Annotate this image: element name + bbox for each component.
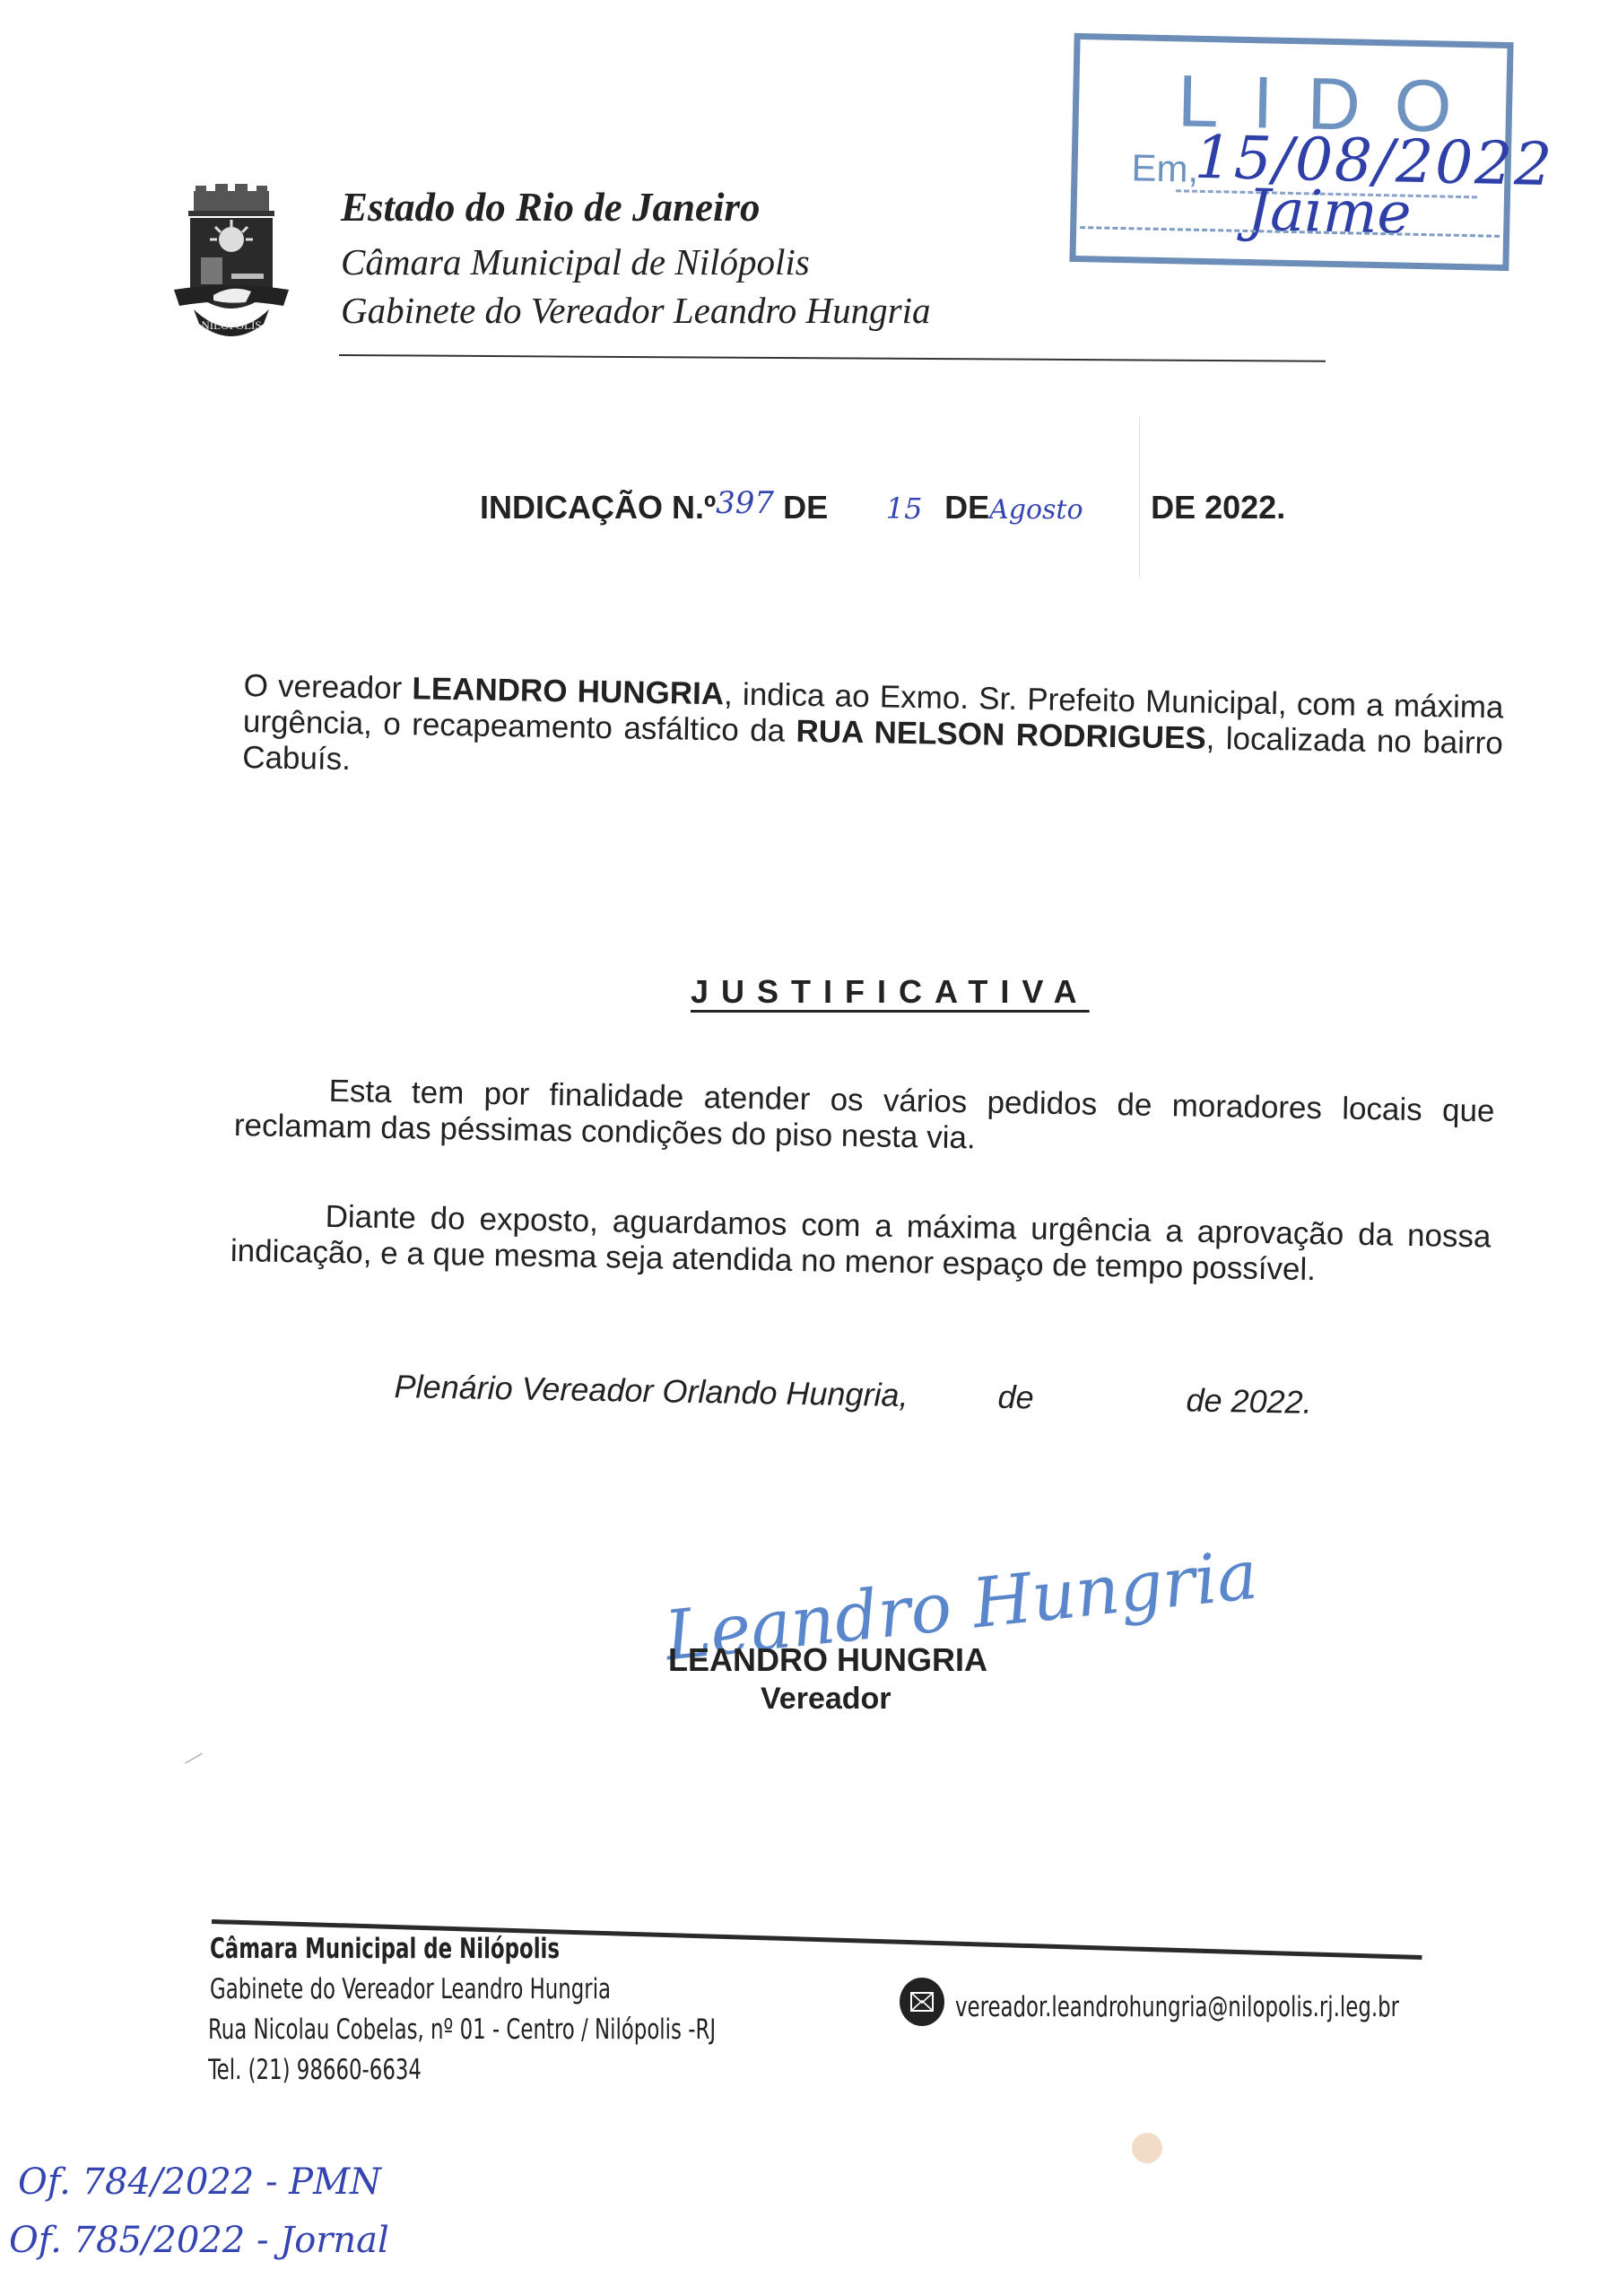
letterhead-chamber: Câmara Municipal de Nilópolis (341, 240, 810, 283)
title-year: DE 2022. (1151, 489, 1285, 526)
indication-paragraph: O vereador LEANDRO HUNGRIA, indica ao Ex… (242, 668, 1504, 798)
footer-phone: Tel. (21) 98660-6634 (208, 2054, 422, 2086)
p1-intro: O vereador (243, 668, 412, 706)
signatory-name: LEANDRO HUNGRIA (668, 1641, 987, 1679)
place-and-date: Plenário Vereador Orlando Hungria,dede 2… (394, 1368, 1312, 1422)
date-year: de 2022. (1186, 1381, 1312, 1421)
stamp-initials: Jaime (1247, 178, 1412, 248)
handwritten-note-1: Of. 784/2022 - PMN (18, 2161, 381, 2203)
scan-mark (185, 1753, 203, 1764)
indication-number: 397 (716, 485, 774, 521)
envelope-icon (900, 1978, 944, 2026)
handwritten-note-2: Of. 785/2022 - Jornal (9, 2220, 389, 2261)
document-title: INDICAÇÃO N.º397 DE15DEAgostoDE 2022. (480, 489, 1285, 526)
paper-stain (1132, 2133, 1162, 2163)
street-name: RUA NELSON RODRIGUES (796, 714, 1206, 756)
stamp-date-prefix: Em, (1131, 146, 1199, 191)
footer-chamber: Câmara Municipal de Nilópolis (210, 1933, 560, 1965)
councilman-name: LEANDRO HUNGRIA (412, 671, 724, 711)
indication-month: Agosto (989, 494, 1124, 526)
footer-address: Rua Nicolau Cobelas, nº 01 - Centro / Ni… (208, 2013, 716, 2046)
indication-day: 15 (864, 491, 944, 526)
title-prefix: INDICAÇÃO N.º (480, 489, 716, 526)
municipal-crest-icon: NILÓPOLIS (169, 184, 294, 341)
justification-paragraph-1: Esta tem por finalidade atender os vário… (234, 1072, 1495, 1166)
letterhead-divider (339, 354, 1326, 362)
footer-email[interactable]: vereador.leandrohungria@nilopolis.rj.leg… (955, 1991, 1399, 2023)
justification-heading: JUSTIFICATIVA (691, 973, 1090, 1011)
signatory-role: Vereador (761, 1682, 891, 1717)
plenary-name: Plenário Vereador Orlando Hungria, (394, 1368, 909, 1413)
date-de-1: de (997, 1378, 1034, 1417)
letterhead-state: Estado do Rio de Janeiro (341, 184, 761, 230)
svg-text:NILÓPOLIS: NILÓPOLIS (201, 318, 261, 332)
title-de-2: DE (944, 489, 989, 526)
received-stamp: LIDO Em, 15/08/2022 Jaime (1069, 33, 1513, 271)
justification-paragraph-2: Diante do exposto, aguardamos com a máxi… (230, 1197, 1492, 1291)
letterhead-office: Gabinete do Vereador Leandro Hungria (341, 289, 930, 332)
footer-office: Gabinete do Vereador Leandro Hungria (210, 1973, 611, 2005)
title-de-1: DE (783, 489, 828, 526)
